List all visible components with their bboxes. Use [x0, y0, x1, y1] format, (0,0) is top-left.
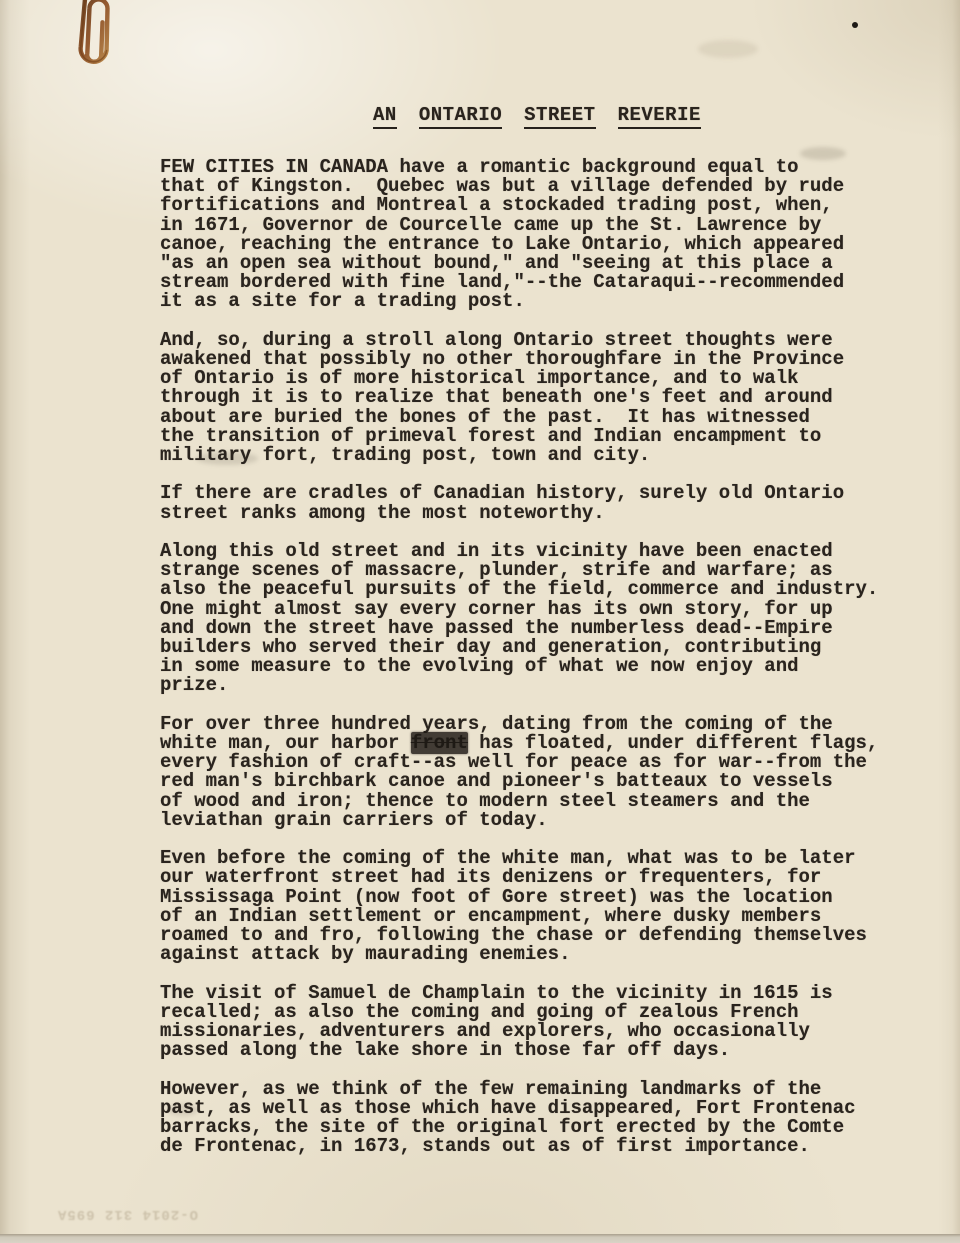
document-page: O-2014 312 695A ANONTARIOSTREETREVERIE F…: [0, 0, 960, 1243]
title-word: AN: [373, 104, 397, 129]
paragraph-1: FEW CITIES IN CANADA have a romantic bac…: [160, 158, 884, 312]
title-word: STREET: [524, 104, 595, 129]
page-title: ANONTARIOSTREETREVERIE: [373, 104, 701, 129]
paragraph-3: If there are cradles of Canadian history…: [160, 484, 884, 522]
paragraph-8: However, as we think of the few remainin…: [160, 1080, 884, 1157]
paragraph-5: For over three hundred years, dating fro…: [160, 715, 884, 830]
paragraph-2: And, so, during a stroll along Ontario s…: [160, 331, 884, 465]
document-body: FEW CITIES IN CANADA have a romantic bac…: [160, 158, 884, 1176]
title-word: ONTARIO: [419, 104, 502, 129]
paragraph-6: Even before the coming of the white man,…: [160, 849, 884, 964]
pencil-smudge: [698, 40, 758, 58]
title-word: REVERIE: [618, 104, 701, 129]
paperclip-icon: [64, 0, 131, 98]
ink-dot: [852, 22, 858, 28]
bleed-through-text: O-2014 312 695A: [38, 1206, 198, 1222]
paragraph-4: Along this old street and in its vicinit…: [160, 542, 884, 696]
paragraph-7: The visit of Samuel de Champlain to the …: [160, 984, 884, 1061]
page-bottom-edge: [0, 1234, 960, 1243]
